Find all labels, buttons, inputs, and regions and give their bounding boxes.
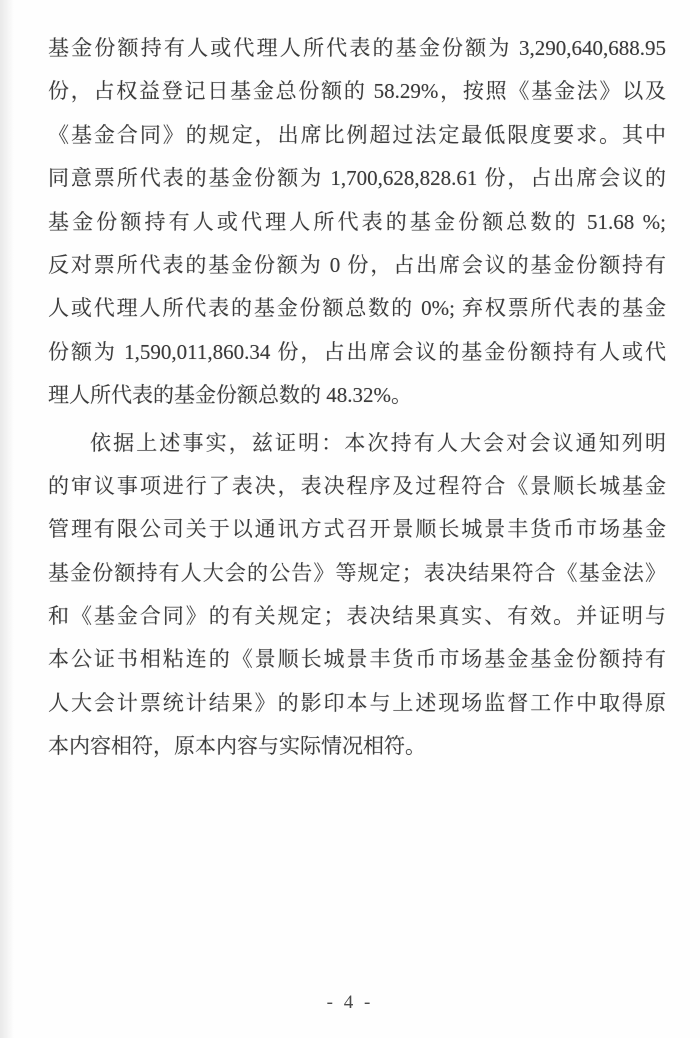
text-line: 本内容相符，原本内容与实际情况相符。 xyxy=(48,725,666,768)
text-line: 基金份额持有人大会的公告》等规定；表决结果符合《基金法》 xyxy=(48,552,666,595)
text-line: 理人所代表的基金份额总数的 48.32%。 xyxy=(48,374,666,417)
text-line: 本公证书相粘连的《景顺长城景丰货币市场基金基金份额持有 xyxy=(48,638,666,681)
scan-edge-shadow xyxy=(0,0,14,1038)
text-line: 份额为 1,590,011,860.34 份，占出席会议的基金份额持有人或代 xyxy=(48,331,666,374)
text-line: 基金份额持有人或代理人所代表的基金份额总数的 51.68 %; xyxy=(48,201,666,244)
text-line: 反对票所代表的基金份额为 0 份，占出席会议的基金份额持有 xyxy=(48,244,666,287)
text-line: 依据上述事实，兹证明：本次持有人大会对会议通知列明 xyxy=(48,422,666,465)
text-line: 基金份额持有人或代理人所代表的基金份额为 3,290,640,688.95 xyxy=(48,27,666,70)
document-page: 基金份额持有人或代理人所代表的基金份额为 3,290,640,688.95 份，… xyxy=(0,0,700,1038)
text-line: 《基金合同》的规定，出席比例超过法定最低限度要求。其中 xyxy=(48,114,666,157)
text-line: 份，占权益登记日基金总份额的 58.29%，按照《基金法》以及 xyxy=(48,70,666,113)
page-number: - 4 - xyxy=(0,992,700,1014)
text-line: 和《基金合同》的有关规定；表决结果真实、有效。并证明与 xyxy=(48,595,666,638)
text-line: 人大会计票统计结果》的影印本与上述现场监督工作中取得原 xyxy=(48,682,666,725)
paragraph-voting-results: 基金份额持有人或代理人所代表的基金份额为 3,290,640,688.95 份，… xyxy=(48,27,666,418)
text-line: 同意票所代表的基金份额为 1,700,628,828.61 份，占出席会议的 xyxy=(48,157,666,200)
paragraph-certification: 依据上述事实，兹证明：本次持有人大会对会议通知列明 的审议事项进行了表决，表决程… xyxy=(48,422,666,769)
text-line: 的审议事项进行了表决，表决程序及过程符合《景顺长城基金 xyxy=(48,465,666,508)
document-text-block: 基金份额持有人或代理人所代表的基金份额为 3,290,640,688.95 份，… xyxy=(48,27,666,769)
text-line: 人或代理人所代表的基金份额总数的 0%; 弃权票所代表的基金 xyxy=(48,287,666,330)
text-line: 管理有限公司关于以通讯方式召开景顺长城景丰货币市场基金 xyxy=(48,508,666,551)
